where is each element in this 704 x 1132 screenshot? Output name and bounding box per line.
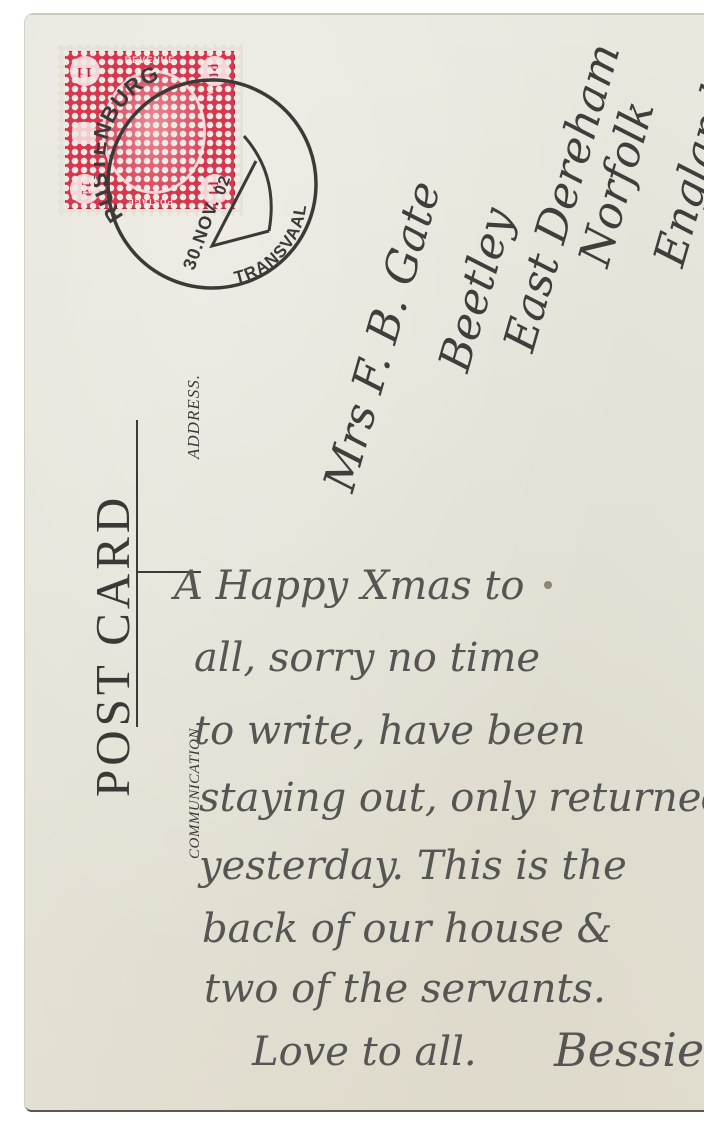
signature: Bessie	[554, 1023, 704, 1077]
crown-icon	[72, 122, 96, 144]
stamp-portrait-oval	[102, 70, 206, 194]
stamp-denomination-tl: 1d	[70, 56, 100, 86]
address-line-name: Mrs F. B. Gate	[314, 176, 451, 497]
address-label: ADDRESS.	[184, 374, 204, 459]
card-top-edge	[24, 13, 704, 15]
message-closing: Love to all.	[252, 1029, 477, 1075]
svg-text:TRANSVAAL: TRANSVAAL	[232, 203, 310, 288]
post-card-title: POST CARD	[84, 494, 141, 797]
postmark-region: TRANSVAAL	[232, 203, 310, 288]
message-line: staying out, only returned	[199, 775, 704, 821]
postage-stamp: REVENUE TRANSVAAL 1d 1d 1d 1d POSTAGE	[57, 44, 243, 216]
message-line: all, sorry no time	[194, 635, 540, 681]
message-line: to write, have been	[194, 708, 586, 754]
postcard: POST CARD ADDRESS. COMMUNICATION REVENUE…	[24, 13, 704, 1112]
ink-blot	[544, 581, 552, 589]
message-line: yesterday. This is the	[199, 843, 627, 889]
message-line: A Happy Xmas to	[174, 563, 525, 609]
message-line: two of the servants.	[204, 966, 606, 1012]
page: POST CARD ADDRESS. COMMUNICATION REVENUE…	[0, 0, 704, 1132]
vertical-divider-line	[136, 420, 138, 727]
stamp-postage-text: POSTAGE	[66, 197, 234, 206]
stamp-face: REVENUE TRANSVAAL 1d 1d 1d 1d POSTAGE	[65, 51, 235, 209]
stamp-denomination-tr: 1d	[200, 56, 230, 86]
card-bottom-edge	[24, 1110, 704, 1112]
message-line: back of our house &	[202, 906, 612, 952]
